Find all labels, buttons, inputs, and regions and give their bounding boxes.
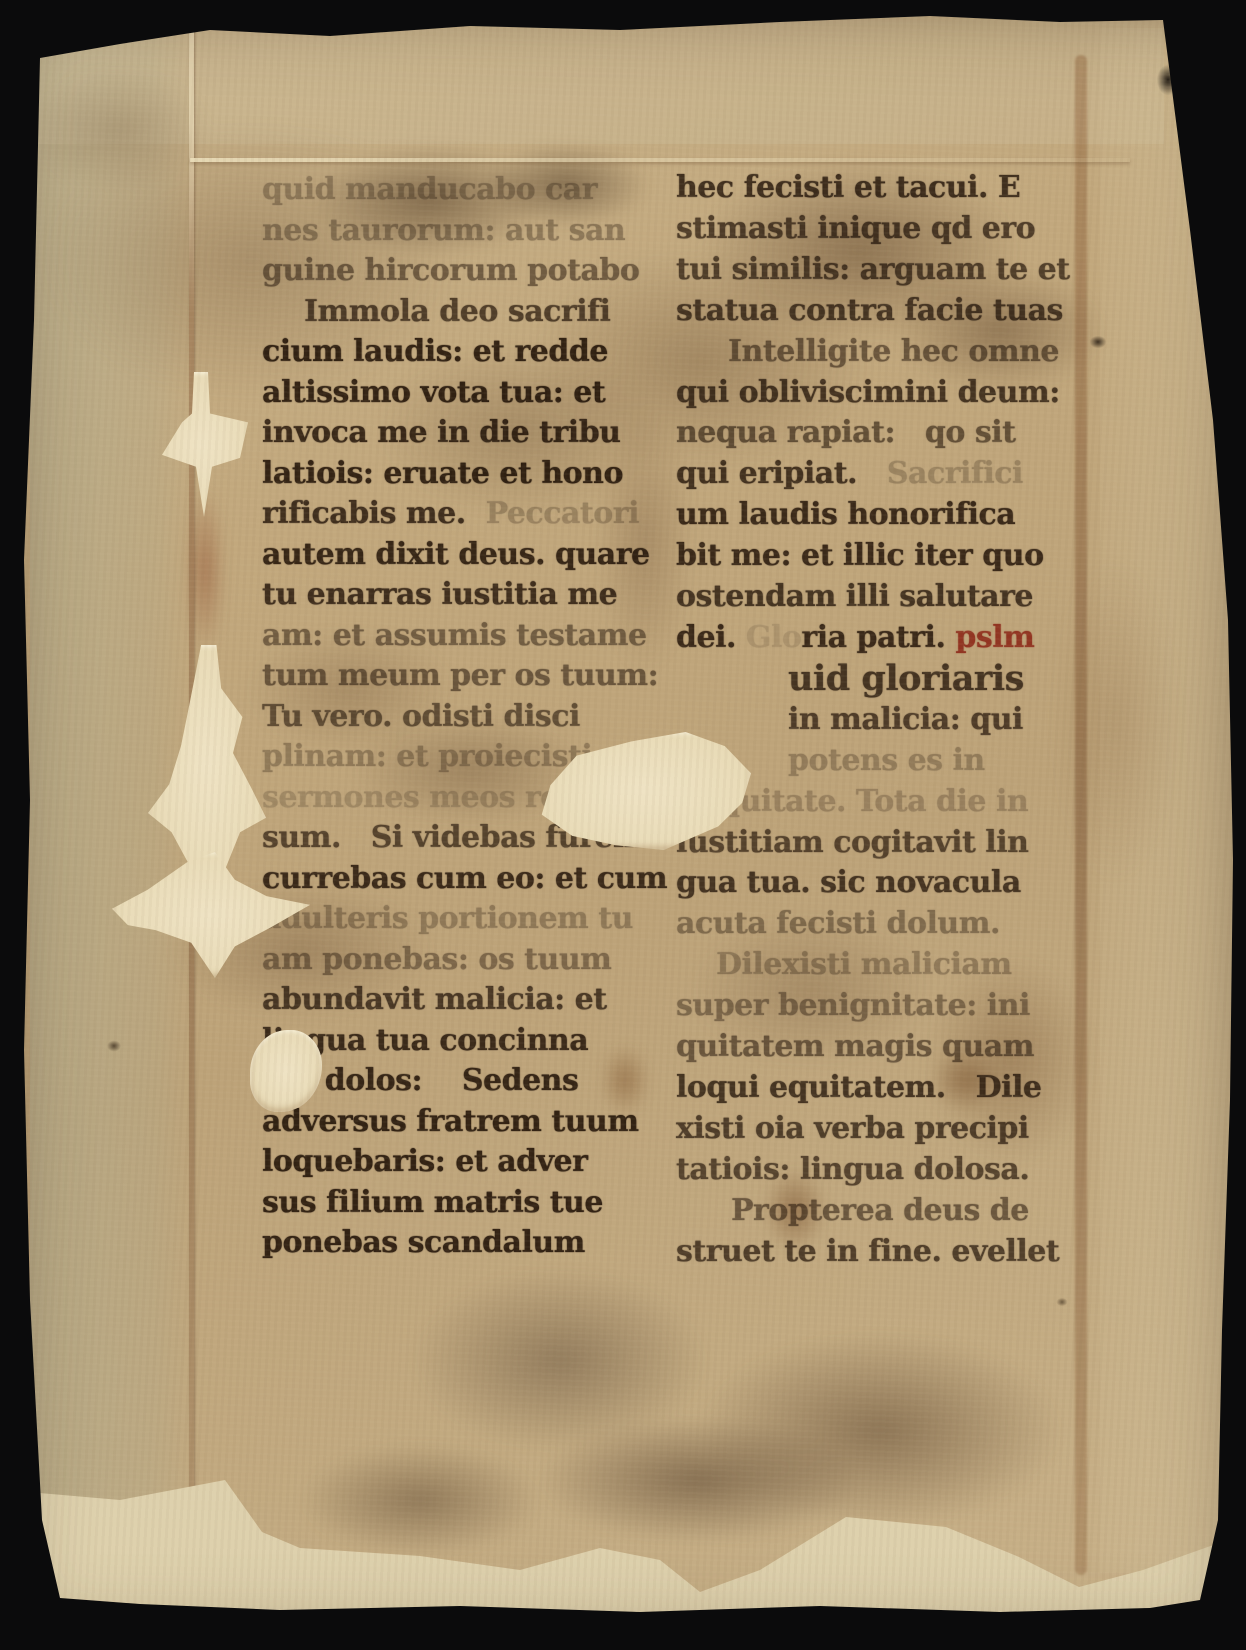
manuscript-photo-stage: quid manducabo carnes taurorum: aut sang…: [0, 0, 1246, 1650]
parchment-leaf: quid manducabo carnes taurorum: aut sang…: [0, 0, 1246, 1650]
vignette: [0, 0, 1246, 1650]
